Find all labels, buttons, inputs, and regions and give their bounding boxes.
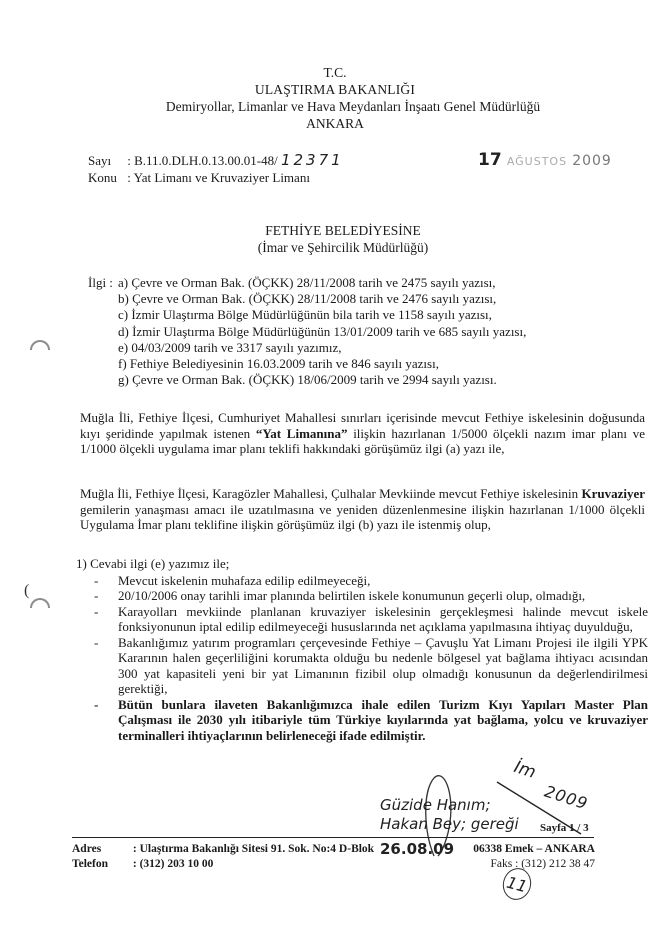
subject-row: Konu : Yat Limanı ve Kruvaziyer Limanı xyxy=(88,169,344,186)
address-label: Adres xyxy=(72,842,130,857)
references-label: İlgi : xyxy=(88,275,113,291)
list-item: -Karayolları mevkiinde planlanan kruvazi… xyxy=(90,604,648,635)
stamp-month: AĞUSTOS xyxy=(507,155,567,168)
list-item-text: Mevcut iskelenin muhafaza edilip edilmey… xyxy=(118,573,370,588)
addressee: FETHİYE BELEDİYESİNE (İmar ve Şehircilik… xyxy=(0,222,670,256)
paragraph-kruvaziyer: Muğla İli, Fethiye İlçesi, Karagözler Ma… xyxy=(80,486,645,533)
handwritten-note-line1: Güzide Hanım; xyxy=(380,796,491,814)
letterhead-directorate: Demiryollar, Limanlar ve Hava Meydanları… xyxy=(0,98,670,115)
response-section: 1) Cevabi ilgi (e) yazımız ile; -Mevcut … xyxy=(76,556,656,743)
bullet-dash: - xyxy=(94,573,98,589)
paragraph-text: Muğla İli, Fethiye İlçesi, Karagözler Ma… xyxy=(80,486,581,501)
stamp-day: 17 xyxy=(478,150,502,170)
handwritten-received-date: 26.08.09 xyxy=(380,840,454,858)
footer-address-row: Adres : Ulaştırma Bakanlığı Sitesi 91. S… xyxy=(72,842,374,857)
letterhead-tc: T.C. xyxy=(0,64,670,81)
date-stamp: 17 AĞUSTOS 2009 xyxy=(478,150,612,170)
reference-item: b) Çevre ve Orman Bak. (ÖÇKK) 28/11/2008… xyxy=(118,291,608,307)
stamp-year: 2009 xyxy=(572,153,612,169)
footer-postal: 06338 Emek – ANKARA Faks : (312) 212 38 … xyxy=(460,842,595,872)
document-meta: Sayı : B.11.0.DLH.0.13.00.01-48/ 12371 K… xyxy=(88,152,344,186)
list-item: -20/10/2006 onay tarihli imar planında b… xyxy=(90,588,648,604)
list-item-text: Bakanlığımız yatırım programları çerçeve… xyxy=(118,635,648,697)
bullet-dash: - xyxy=(94,697,98,713)
list-item: -Mevcut iskelenin muhafaza edilip edilme… xyxy=(90,573,648,589)
reference-item: a) Çevre ve Orman Bak. (ÖÇKK) 28/11/2008… xyxy=(118,275,608,291)
handwritten-number: 12371 xyxy=(281,151,344,169)
page-number: Sayfa 1 / 3 xyxy=(540,822,589,834)
konu-value: : Yat Limanı ve Kruvaziyer Limanı xyxy=(127,170,310,185)
bullet-dash: - xyxy=(94,635,98,651)
letterhead-ministry: ULAŞTIRMA BAKANLIĞI xyxy=(0,81,670,98)
reference-item: d) İzmir Ulaştırma Bölge Müdürlüğünün 13… xyxy=(118,324,608,340)
letterhead-city: ANKARA xyxy=(0,115,670,132)
handwritten-initials: İm xyxy=(511,757,538,783)
reference-item: c) İzmir Ulaştırma Bölge Müdürlüğünün bi… xyxy=(118,307,608,323)
postal-code-city: 06338 Emek – ANKARA xyxy=(460,842,595,857)
footer-divider xyxy=(72,837,594,838)
fax-number: Faks : (312) 212 38 47 xyxy=(460,857,595,872)
list-item: -Bütün bunlara ilaveten Bakanlığımızca i… xyxy=(90,697,648,744)
sayi-label: Sayı xyxy=(88,152,124,169)
phone-value: : (312) 203 10 00 xyxy=(133,858,214,870)
konu-label: Konu xyxy=(88,169,124,186)
references: İlgi : a) Çevre ve Orman Bak. (ÖÇKK) 28/… xyxy=(88,275,608,388)
punch-hole-mark xyxy=(30,340,50,350)
list-item-text: Karayolları mevkiinde planlanan kruvaziy… xyxy=(118,604,648,635)
sayi-value: : B.11.0.DLH.0.13.00.01-48/ xyxy=(127,153,277,168)
footer-phone-row: Telefon : (312) 203 10 00 xyxy=(72,857,374,872)
paragraph-emphasis: “Yat Limanına” xyxy=(256,426,348,441)
reference-item: f) Fethiye Belediyesinin 16.03.2009 tari… xyxy=(118,356,608,372)
reference-number-row: Sayı : B.11.0.DLH.0.13.00.01-48/ 12371 xyxy=(88,152,344,169)
letterhead: T.C. ULAŞTIRMA BAKANLIĞI Demiryollar, Li… xyxy=(0,64,670,132)
reference-item: e) 04/03/2009 tarih ve 3317 sayılı yazım… xyxy=(118,340,608,356)
punch-hole-mark: ( xyxy=(24,582,29,600)
handwritten-note-line2: Hakan Bey; gereği xyxy=(380,815,519,833)
section-heading: 1) Cevabi ilgi (e) yazımız ile; xyxy=(76,556,656,572)
reference-item: g) Çevre ve Orman Bak. (ÖÇKK) 18/06/2009… xyxy=(118,372,608,388)
list-item-text: Bütün bunlara ilaveten Bakanlığımızca ih… xyxy=(118,697,648,743)
address-value: : Ulaştırma Bakanlığı Sitesi 91. Sok. No… xyxy=(133,843,374,855)
phone-label: Telefon xyxy=(72,857,130,872)
bullet-dash: - xyxy=(94,588,98,604)
paragraph-yat-limani: Muğla İli, Fethiye İlçesi, Cumhuriyet Ma… xyxy=(80,410,645,457)
list-item-text: 20/10/2006 onay tarihli imar planında be… xyxy=(118,588,585,603)
paragraph-emphasis: Kruvaziyer xyxy=(581,486,645,501)
addressee-department: (İmar ve Şehircilik Müdürlüğü) xyxy=(8,239,670,256)
addressee-name: FETHİYE BELEDİYESİNE xyxy=(8,222,670,239)
list-item: -Bakanlığımız yatırım programları çerçev… xyxy=(90,635,648,697)
bullet-dash: - xyxy=(94,604,98,620)
footer-contact: Adres : Ulaştırma Bakanlığı Sitesi 91. S… xyxy=(72,842,374,872)
paragraph-text: gemilerin yanaşması amacı ile uzatılması… xyxy=(80,502,645,533)
punch-hole-mark xyxy=(30,598,50,608)
circled-number-text: 11 xyxy=(505,872,530,896)
